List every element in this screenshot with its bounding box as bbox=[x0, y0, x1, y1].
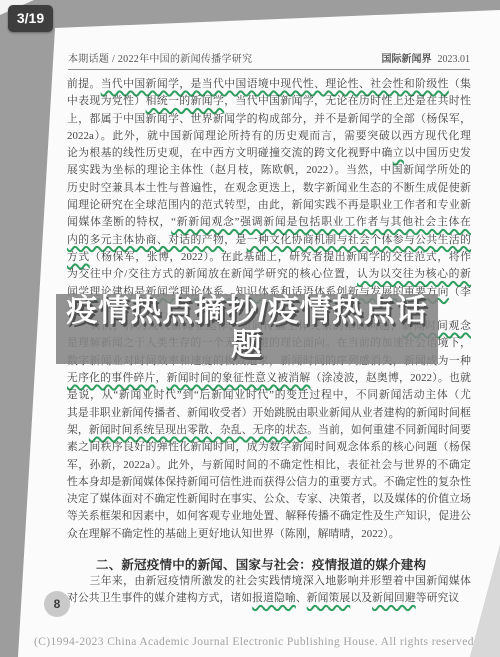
annotated-phrase: 一种文化协商机制与社会个体参与公共生活的 bbox=[247, 234, 471, 246]
header-rule bbox=[68, 69, 470, 70]
text-line: 上，都属于中国新闻学、世界新闻学的构成部分，并不是新闻学的全部（杨保军， bbox=[67, 111, 471, 128]
watermark-overlay: 疫情热点摘抄/疫情热点话 题 bbox=[56, 294, 438, 364]
annotated-phrase: 内的多元主体协商、对话的产物 bbox=[67, 234, 224, 246]
journal-issue: 2023.01 bbox=[438, 54, 471, 65]
annotated-phrase: 当代中国新闻学，是当代中国语境中现代性、理论性、社会性和阶级性 bbox=[101, 78, 449, 90]
text-line: 架，新闻时间系统呈现出零散、杂乱、无序的状态。当前，如何重建不同新闻时间要 bbox=[67, 422, 471, 439]
annotated-phrase: 新闻时间系统呈现出零散、杂乱、无序的状态 bbox=[89, 424, 307, 436]
text-line: 等关系框架和因素中，如何客观专业地处置、解释传播不确定性及生产知识，促进公 bbox=[67, 508, 471, 525]
text-line: 闻媒体垄断的特权，“新新闻观念”强调新闻是包括职业工作者与其他社会主体在 bbox=[67, 214, 471, 231]
text-line: 三年来，由新冠疫情所激发的社会实践情境深入地影响并形塑着中国新闻媒体 bbox=[67, 573, 471, 590]
text-line: 为交往中介/交往方式的新闻放在新闻学研究的核心位置，认为以交往为核心的新 bbox=[67, 266, 471, 283]
copyright-footer: (C)1994-2023 China Academic Journal Elec… bbox=[34, 636, 500, 654]
text-line: 是说，从“新闻业时代”到“后新闻业时代”的变迁过程中，不同新闻活动主体（尤 bbox=[67, 387, 471, 404]
annotated-phrase: 新闻策展 bbox=[307, 592, 351, 604]
annotated-phrase: 认为以交往为核心的新 bbox=[357, 268, 471, 280]
annotated-phrase: 新闻回避 bbox=[372, 592, 416, 604]
section-paragraph: 三年来，由新冠疫情所激发的社会实践情境深入地影响并形塑着中国新闻媒体对公共卫生事… bbox=[67, 573, 471, 608]
text-line: 历史时空兼具本土性与普遍性，在观念更迭上，数字新闻业生态的不断生成促使新 bbox=[67, 180, 471, 197]
text-line: 无序化的事件碎片，新闻时间的象征性意义被消解（涂凌波，赵奥博，2022）。也就 bbox=[67, 370, 471, 387]
text-line: 素之间秩序良好的弹性化新闻时间，成为数字新闻时间观念体系的核心问题（杨保 bbox=[67, 439, 471, 456]
text-line: 其是非职业新闻传播者、新闻收受者）开始跳脱由职业新闻从业者建构的新闻时间框 bbox=[67, 405, 471, 422]
text-line: 内的多元主体协商、对话的产物，是一种文化协商机制与社会个体参与公共生活的 bbox=[67, 232, 471, 249]
text-line: 众在理解不确定性的基础上更好地认知世界（陈刚，解晴晴，2022）。 bbox=[67, 526, 471, 543]
journal-name: 国际新闻界 bbox=[382, 54, 432, 65]
annotated-phrase: 报道隐喻 bbox=[252, 592, 296, 604]
text-line: 方式（杨保军，张博，2022）。在此基础上，研究者提出新闻学的交往范式，将作 bbox=[67, 249, 471, 266]
annotated-phrase: “新新闻观念”强调新闻是包括职业工作者与其他社会主体在 bbox=[171, 216, 471, 228]
header-topic: 本期话题 / 2022年中国的新闻传播学研究 bbox=[68, 50, 252, 65]
annotated-phrase: 新闻时间的象征性意义被消解 bbox=[167, 372, 311, 384]
annotated-phrase: 无序化的事件碎片 bbox=[67, 372, 156, 384]
annotated-phrase: 相统一的新闻学 bbox=[146, 95, 225, 107]
text-line: 军，孙新，2022a）。此外，与新闻时间的不确定性相比，表征社会与世界的不确定 bbox=[67, 457, 471, 474]
text-line: 展实践为坐标的理论主体性（赵月枝，陈欧帆，2022）。当然，中国新闻学所处的 bbox=[67, 162, 471, 179]
text-line: 闻理论研究在全球范围内的范式转型，由此，新闻实践不再是职业工作者和专业新 bbox=[67, 197, 471, 214]
document-viewer: { "viewer": { "page_indicator": "3/19" }… bbox=[0, 0, 500, 657]
annotated-phrase: 方式 bbox=[67, 251, 90, 263]
text-line: 对公共卫生事件的媒介建构方式，诸如报道隐喻、新闻策展以及新闻回避等研究议 bbox=[67, 590, 471, 607]
text-line: 中表现为党性）相统一的新闻学，当代中国新闻学，无论在历时性上还是在共时性 bbox=[67, 93, 471, 110]
section-heading: 二、新冠疫情中的新闻、国家与社会：疫情报道的媒介建构 bbox=[96, 555, 476, 573]
watermark-line1: 疫情热点摘抄/疫情热点话 bbox=[56, 294, 438, 328]
text-line: 前提。当代中国新闻学，是当代中国语境中现代性、理论性、社会性和阶级性（集 bbox=[67, 76, 471, 93]
watermark-line2: 题 bbox=[56, 328, 438, 362]
header-journal-issue: 国际新闻界2023.01 bbox=[382, 50, 471, 65]
page-indicator-badge: 3/19 bbox=[8, 5, 53, 32]
text-line: 性本身却是新闻媒体保持新闻可信性进而获得公信力的重要方式。不确定性的复杂性 bbox=[67, 474, 471, 491]
annotated-phrase: 立 bbox=[393, 147, 404, 159]
page-header: 本期话题 / 2022年中国的新闻传播学研究 国际新闻界2023.01 bbox=[68, 50, 470, 66]
text-line: 论为根基的线性历史观，在中西方文明碰撞交流的跨文化视野中确立以中国历史发 bbox=[67, 145, 471, 162]
text-line: 2022a）。此外，就中国新闻理论所持有的历史观而言，需要突破以西方现代化理 bbox=[67, 128, 471, 145]
text-line: 决定了媒体面对不确定性新闻时在事实、公众、专家、决策者，以及媒体的价值立场 bbox=[67, 491, 471, 508]
page-number-circle: 8 bbox=[44, 591, 70, 617]
